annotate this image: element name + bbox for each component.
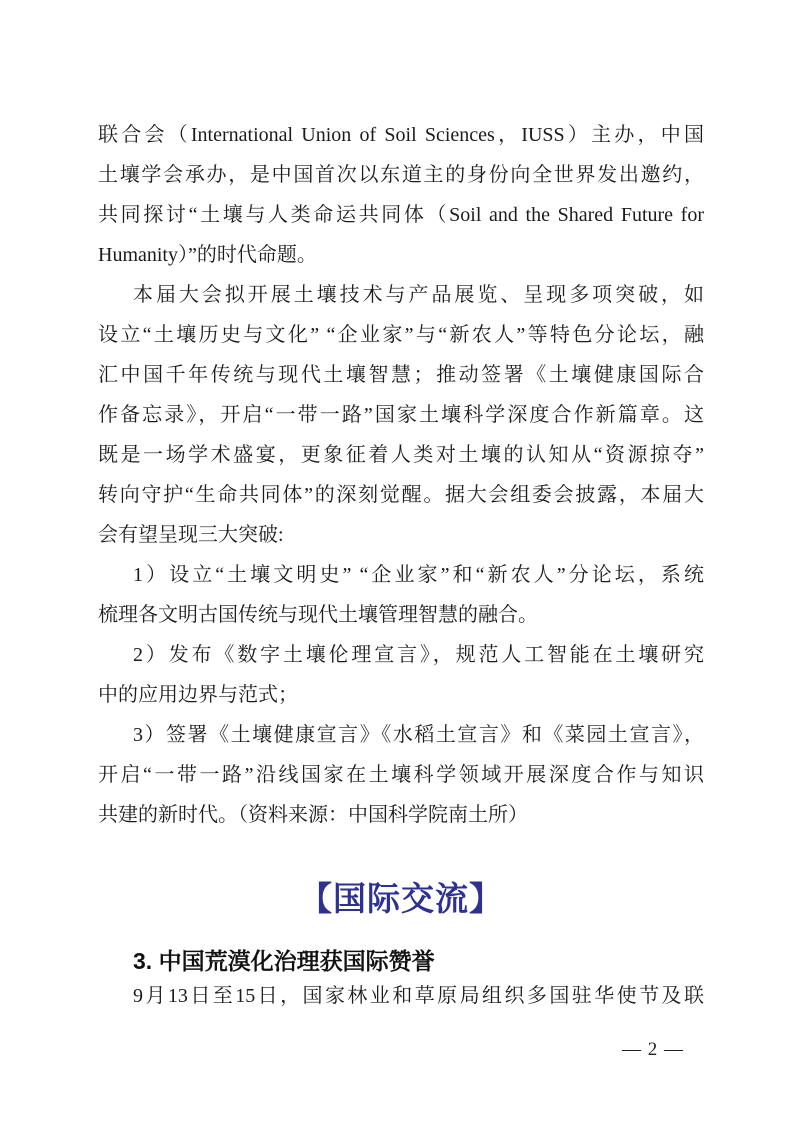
document-page: 联合会（International Union of Soil Sciences… bbox=[0, 0, 800, 1132]
paragraph: 9月13日至15日，国家林业和草原局组织多国驻华使节及联 bbox=[98, 976, 704, 1016]
body-line: 会有望呈现三大突破: bbox=[98, 515, 704, 555]
body-line: 中的应用边界与范式； bbox=[98, 675, 704, 715]
paragraph: 3）签署《土壤健康宣言》《水稻土宣言》和《菜园土宣言》， 开启“一带一路”沿线国… bbox=[98, 715, 704, 835]
section-heading: 【国际交流】 bbox=[98, 877, 704, 923]
paragraph: 联合会（International Union of Soil Sciences… bbox=[98, 115, 704, 275]
body-line: 作备忘录》，开启“一带一路”国家土壤科学深度合作新篇章。这 bbox=[98, 395, 704, 435]
body-line: 梳理各文明古国传统与现代土壤管理智慧的融合。 bbox=[98, 595, 704, 635]
body-line: 联合会（International Union of Soil Sciences… bbox=[98, 115, 704, 155]
body-line: 3）签署《土壤健康宣言》《水稻土宣言》和《菜园土宣言》， bbox=[98, 715, 704, 755]
body-line: 2）发布《数字土壤伦理宣言》，规范人工智能在土壤研究 bbox=[98, 635, 704, 675]
article-heading: 3. 中国荒漠化治理获国际赞誉 bbox=[98, 946, 704, 976]
body-line: 汇中国千年传统与现代土壤智慧；推动签署《土壤健康国际合 bbox=[98, 355, 704, 395]
paragraph: 本届大会拟开展土壤技术与产品展览、呈现多项突破，如 设立“土壤历史与文化” “企… bbox=[98, 275, 704, 555]
page-body: 联合会（International Union of Soil Sciences… bbox=[98, 115, 704, 1062]
body-line: 共建的新时代。（资料来源：中国科学院南土所） bbox=[98, 795, 704, 835]
body-line: Humanity）”的时代命题。 bbox=[98, 235, 704, 275]
body-line: 1）设立“土壤文明史” “企业家”和“新农人”分论坛，系统 bbox=[98, 555, 704, 595]
body-line: 共同探讨“土壤与人类命运共同体（Soil and the Shared Futu… bbox=[98, 195, 704, 235]
paragraph: 1）设立“土壤文明史” “企业家”和“新农人”分论坛，系统 梳理各文明古国传统与… bbox=[98, 555, 704, 635]
body-line: 既是一场学术盛宴，更象征着人类对土壤的认知从“资源掠夺” bbox=[98, 435, 704, 475]
page-number: — 2 — bbox=[98, 1038, 704, 1062]
paragraph: 2）发布《数字土壤伦理宣言》，规范人工智能在土壤研究 中的应用边界与范式； bbox=[98, 635, 704, 715]
body-line: 9月13日至15日，国家林业和草原局组织多国驻华使节及联 bbox=[98, 976, 704, 1016]
body-line: 本届大会拟开展土壤技术与产品展览、呈现多项突破，如 bbox=[98, 275, 704, 315]
body-line: 转向守护“生命共同体”的深刻觉醒。据大会组委会披露，本届大 bbox=[98, 475, 704, 515]
body-line: 开启“一带一路”沿线国家在土壤科学领域开展深度合作与知识 bbox=[98, 755, 704, 795]
body-line: 设立“土壤历史与文化” “企业家”与“新农人”等特色分论坛，融 bbox=[98, 315, 704, 355]
body-line: 土壤学会承办，是中国首次以东道主的身份向全世界发出邀约， bbox=[98, 155, 704, 195]
